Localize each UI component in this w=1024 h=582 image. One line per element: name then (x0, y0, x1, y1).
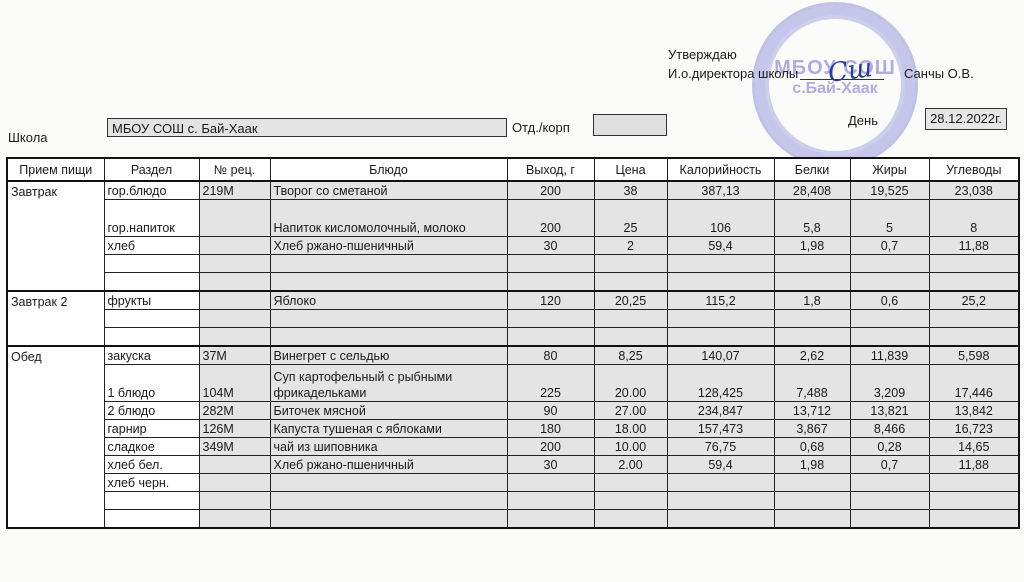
section-cell: хлеб черн. (104, 474, 199, 492)
protein-cell: 28,408 (774, 181, 850, 200)
carbs-cell: 8 (929, 200, 1019, 237)
dish-cell: Напиток кисломолочный, молоко (270, 200, 507, 237)
table-row (7, 255, 1019, 273)
price-cell: 18.00 (594, 420, 667, 438)
recipe-cell: 104М (199, 365, 270, 402)
carbs-cell: 16,723 (929, 420, 1019, 438)
table-row: хлебХлеб ржано-пшеничный30259,41,980,711… (7, 237, 1019, 255)
yield-cell (507, 492, 594, 510)
column-header: Калорийность (667, 158, 774, 181)
table-row: 2 блюдо282МБиточек мясной9027.00234,8471… (7, 402, 1019, 420)
recipe-cell: 349М (199, 438, 270, 456)
price-cell (594, 255, 667, 273)
yield-cell: 120 (507, 291, 594, 310)
yield-cell: 200 (507, 200, 594, 237)
fat-cell: 11,839 (850, 346, 929, 365)
price-cell (594, 510, 667, 529)
dish-cell: Хлеб ржано-пшеничный (270, 237, 507, 255)
table-row (7, 310, 1019, 328)
recipe-cell: 219М (199, 181, 270, 200)
protein-cell (774, 328, 850, 347)
calories-cell: 115,2 (667, 291, 774, 310)
section-cell: гор.блюдо (104, 181, 199, 200)
calories-cell (667, 273, 774, 292)
yield-cell (507, 474, 594, 492)
calories-cell (667, 310, 774, 328)
dish-cell: чай из шиповника (270, 438, 507, 456)
recipe-cell: 37М (199, 346, 270, 365)
carbs-cell: 23,038 (929, 181, 1019, 200)
recipe-cell (199, 510, 270, 529)
meal-cell: Завтрак (7, 181, 104, 291)
yield-cell (507, 328, 594, 347)
dish-cell (270, 255, 507, 273)
approve-label: Утверждаю (668, 47, 737, 62)
calories-cell: 106 (667, 200, 774, 237)
yield-cell: 200 (507, 181, 594, 200)
menu-body: Завтракгор.блюдо219МТворог со сметаной20… (7, 181, 1019, 528)
recipe-cell (199, 237, 270, 255)
meal-cell: Завтрак 2 (7, 291, 104, 346)
school-field[interactable]: МБОУ СОШ с. Бай-Хаак (107, 118, 507, 137)
column-header: Цена (594, 158, 667, 181)
calories-cell: 59,4 (667, 237, 774, 255)
column-header: Жиры (850, 158, 929, 181)
recipe-cell (199, 310, 270, 328)
price-cell: 20,25 (594, 291, 667, 310)
section-cell (104, 273, 199, 292)
yield-cell: 225 (507, 365, 594, 402)
carbs-cell: 14,65 (929, 438, 1019, 456)
fat-cell: 0,7 (850, 237, 929, 255)
menu-table: Прием пищиРаздел№ рец.БлюдоВыход, гЦенаК… (6, 157, 1020, 529)
yield-cell (507, 310, 594, 328)
yield-cell: 30 (507, 456, 594, 474)
column-header: № рец. (199, 158, 270, 181)
price-cell: 8,25 (594, 346, 667, 365)
section-cell: 2 блюдо (104, 402, 199, 420)
protein-cell (774, 255, 850, 273)
yield-cell: 80 (507, 346, 594, 365)
carbs-cell (929, 474, 1019, 492)
price-cell: 38 (594, 181, 667, 200)
protein-cell (774, 310, 850, 328)
dish-cell (270, 474, 507, 492)
table-row: хлеб черн. (7, 474, 1019, 492)
carbs-cell (929, 510, 1019, 529)
fat-cell: 13,821 (850, 402, 929, 420)
carbs-cell (929, 492, 1019, 510)
table-row: Завтрак 2фруктыЯблоко12020,25115,21,80,6… (7, 291, 1019, 310)
section-cell (104, 328, 199, 347)
recipe-cell (199, 291, 270, 310)
recipe-cell: 126М (199, 420, 270, 438)
meal-cell: Обед (7, 346, 104, 528)
recipe-cell: 282М (199, 402, 270, 420)
fat-cell (850, 255, 929, 273)
section-cell: гор.напиток (104, 200, 199, 237)
protein-cell: 3,867 (774, 420, 850, 438)
protein-cell: 2,62 (774, 346, 850, 365)
carbs-cell: 11,88 (929, 237, 1019, 255)
table-row: Завтракгор.блюдо219МТворог со сметаной20… (7, 181, 1019, 200)
calories-cell: 157,473 (667, 420, 774, 438)
director-name: Санчы О.В. (904, 66, 974, 81)
section-cell (104, 492, 199, 510)
dish-cell: Творог со сметаной (270, 181, 507, 200)
fat-cell: 0,6 (850, 291, 929, 310)
protein-cell: 5,8 (774, 200, 850, 237)
table-row (7, 510, 1019, 529)
fat-cell (850, 273, 929, 292)
calories-cell (667, 255, 774, 273)
recipe-cell (199, 456, 270, 474)
carbs-cell (929, 328, 1019, 347)
yield-cell (507, 255, 594, 273)
day-label: День (848, 113, 878, 128)
calories-cell: 128,425 (667, 365, 774, 402)
yield-cell: 90 (507, 402, 594, 420)
carbs-cell (929, 273, 1019, 292)
price-cell (594, 310, 667, 328)
protein-cell: 1,98 (774, 237, 850, 255)
carbs-cell (929, 310, 1019, 328)
calories-cell (667, 510, 774, 529)
table-row: сладкое349Мчай из шиповника20010.0076,75… (7, 438, 1019, 456)
section-cell: 1 блюдо (104, 365, 199, 402)
fat-cell: 8,466 (850, 420, 929, 438)
calories-cell (667, 492, 774, 510)
price-cell: 20.00 (594, 365, 667, 402)
recipe-cell (199, 273, 270, 292)
protein-cell: 13,712 (774, 402, 850, 420)
dish-cell (270, 310, 507, 328)
section-cell (104, 510, 199, 529)
column-header: Прием пищи (7, 158, 104, 181)
yield-cell (507, 273, 594, 292)
fat-cell: 0,28 (850, 438, 929, 456)
dish-cell: Винегрет с сельдью (270, 346, 507, 365)
price-cell (594, 273, 667, 292)
carbs-cell: 13,842 (929, 402, 1019, 420)
price-cell: 25 (594, 200, 667, 237)
column-header: Углеводы (929, 158, 1019, 181)
calories-cell (667, 474, 774, 492)
section-cell (104, 255, 199, 273)
dish-cell: Суп картофельный с рыбными фрикадельками (270, 365, 507, 402)
dish-cell: Биточек мясной (270, 402, 507, 420)
protein-cell: 1,98 (774, 456, 850, 474)
price-cell: 2 (594, 237, 667, 255)
recipe-cell (199, 200, 270, 237)
fat-cell (850, 510, 929, 529)
column-header: Раздел (104, 158, 199, 181)
protein-cell (774, 273, 850, 292)
carbs-cell: 11,88 (929, 456, 1019, 474)
section-cell (104, 310, 199, 328)
recipe-cell (199, 474, 270, 492)
yield-cell (507, 510, 594, 529)
calories-cell: 59,4 (667, 456, 774, 474)
protein-cell: 1,8 (774, 291, 850, 310)
price-cell (594, 492, 667, 510)
column-header: Блюдо (270, 158, 507, 181)
calories-cell: 234,847 (667, 402, 774, 420)
carbs-cell (929, 255, 1019, 273)
section-cell: фрукты (104, 291, 199, 310)
price-cell (594, 328, 667, 347)
yield-cell: 30 (507, 237, 594, 255)
yield-cell: 200 (507, 438, 594, 456)
table-header-row: Прием пищиРаздел№ рец.БлюдоВыход, гЦенаК… (7, 158, 1019, 181)
fat-cell: 19,525 (850, 181, 929, 200)
table-row (7, 273, 1019, 292)
section-cell: сладкое (104, 438, 199, 456)
table-row: гарнир126МКапуста тушеная с яблоками1801… (7, 420, 1019, 438)
director-label: И.о.директора школы (668, 66, 798, 81)
signature: Сш (826, 53, 874, 89)
price-cell (594, 474, 667, 492)
yield-cell: 180 (507, 420, 594, 438)
dish-cell (270, 328, 507, 347)
dish-cell (270, 510, 507, 529)
fat-cell (850, 310, 929, 328)
dept-field[interactable] (593, 114, 667, 136)
fat-cell: 0,7 (850, 456, 929, 474)
protein-cell: 7,488 (774, 365, 850, 402)
section-cell: гарнир (104, 420, 199, 438)
table-row (7, 328, 1019, 347)
carbs-cell: 5,598 (929, 346, 1019, 365)
fat-cell: 5 (850, 200, 929, 237)
protein-cell (774, 492, 850, 510)
protein-cell (774, 474, 850, 492)
price-cell: 10.00 (594, 438, 667, 456)
school-label: Школа (8, 130, 48, 145)
column-header: Выход, г (507, 158, 594, 181)
dish-cell: Хлеб ржано-пшеничный (270, 456, 507, 474)
dish-cell: Капуста тушеная с яблоками (270, 420, 507, 438)
section-cell: закуска (104, 346, 199, 365)
table-row: хлеб бел.Хлеб ржано-пшеничный302.0059,41… (7, 456, 1019, 474)
calories-cell: 140,07 (667, 346, 774, 365)
calories-cell: 387,13 (667, 181, 774, 200)
recipe-cell (199, 255, 270, 273)
dish-cell (270, 273, 507, 292)
table-row (7, 492, 1019, 510)
carbs-cell: 17,446 (929, 365, 1019, 402)
recipe-cell (199, 328, 270, 347)
section-cell: хлеб (104, 237, 199, 255)
calories-cell (667, 328, 774, 347)
fat-cell (850, 492, 929, 510)
dish-cell: Яблоко (270, 291, 507, 310)
protein-cell: 0,68 (774, 438, 850, 456)
fat-cell (850, 328, 929, 347)
dept-label: Отд./корп (512, 120, 570, 135)
table-row: Обедзакуска37МВинегрет с сельдью808,2514… (7, 346, 1019, 365)
table-row: гор.напитокНапиток кисломолочный, молоко… (7, 200, 1019, 237)
calories-cell: 76,75 (667, 438, 774, 456)
recipe-cell (199, 492, 270, 510)
protein-cell (774, 510, 850, 529)
fat-cell (850, 474, 929, 492)
date-field[interactable]: 28.12.2022г. (925, 108, 1007, 130)
dish-cell (270, 492, 507, 510)
price-cell: 27.00 (594, 402, 667, 420)
column-header: Белки (774, 158, 850, 181)
carbs-cell: 25,2 (929, 291, 1019, 310)
section-cell: хлеб бел. (104, 456, 199, 474)
table-row: 1 блюдо104МСуп картофельный с рыбными фр… (7, 365, 1019, 402)
fat-cell: 3,209 (850, 365, 929, 402)
price-cell: 2.00 (594, 456, 667, 474)
